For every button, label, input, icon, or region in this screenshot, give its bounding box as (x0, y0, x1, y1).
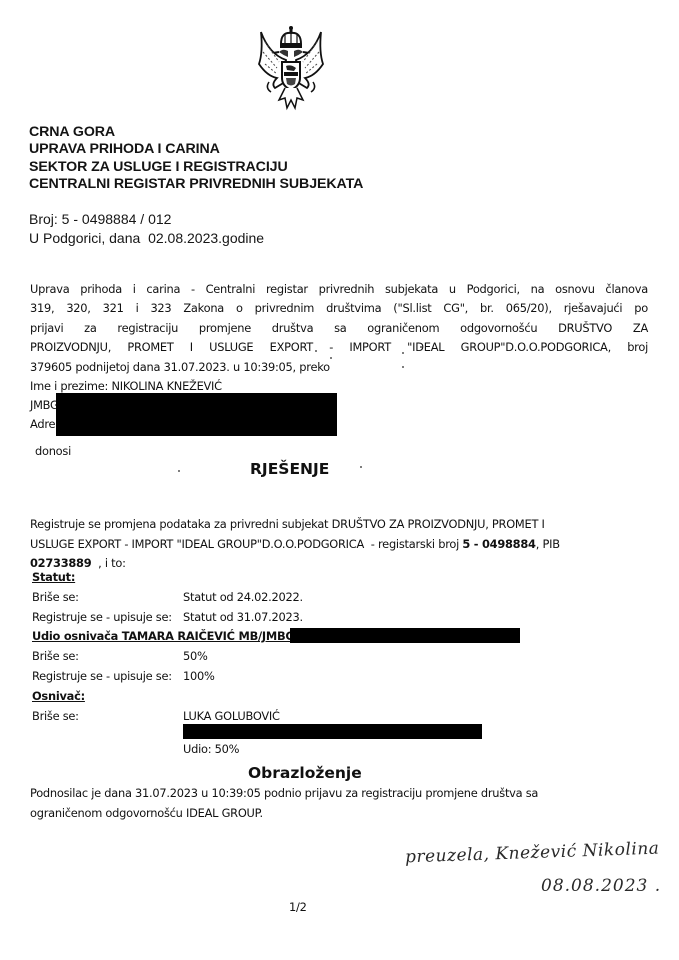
coat-of-arms-icon (255, 22, 327, 112)
registration-number: 5 - 0498884 (462, 537, 535, 551)
redaction-founder-details (183, 724, 482, 739)
scan-speck (330, 357, 332, 359)
scan-speck (315, 350, 317, 352)
explanation-title: Obrazloženje (248, 764, 362, 782)
explanation-line-1: Podnosilac je dana 31.07.2023 u 10:39:05… (30, 784, 650, 804)
intro-line: Uprava prihoda i carina - Centralni regi… (30, 280, 648, 299)
redaction-founder-id (290, 628, 520, 643)
redaction-applicant-details (56, 393, 337, 436)
scan-speck (360, 466, 362, 468)
registration-paragraph: Registruje se promjena podataka za privr… (30, 515, 655, 574)
document-number: Broj: 5 - 0498884 / 012 (29, 210, 264, 229)
donosi-text: donosi (35, 444, 71, 458)
scan-speck (178, 470, 180, 472)
header-line-sector: SEKTOR ZA USLUGE I REGISTRACIJU (29, 159, 363, 176)
osnivac-delete-row: Briše se:LUKA GOLUBOVIĆ (32, 709, 280, 723)
statut-delete-row: Briše se:Statut od 24.02.2022. (32, 590, 303, 604)
explanation-line-2: ograničenom odgovornošću IDEAL GROUP. (30, 804, 650, 824)
scan-speck (420, 346, 422, 348)
page-number: 1/2 (289, 900, 307, 914)
decision-title: RJEŠENJE (250, 460, 329, 478)
statut-register-row: Registruje se - upisuje se:Statut od 31.… (32, 610, 303, 624)
explanation-paragraph: Podnosilac je dana 31.07.2023 u 10:39:05… (30, 784, 650, 823)
intro-line: prijavi za registraciju promjene društva… (30, 319, 648, 338)
statut-heading: Statut: (32, 570, 75, 584)
udio-register-row: Registruje se - upisuje se:100% (32, 669, 215, 683)
udio-delete-row: Briše se:50% (32, 649, 208, 663)
pib-number: 02733889 (30, 556, 91, 570)
header-line-authority: UPRAVA PRIHODA I CARINA (29, 141, 363, 158)
registration-line-3: 02733889 , i to: (30, 554, 655, 574)
scan-speck (402, 366, 404, 368)
registration-line-2: USLUGE EXPORT - IMPORT "IDEAL GROUP"D.O.… (30, 535, 655, 555)
udio-heading: Udio osnivača TAMARA RAIČEVIĆ MB/JMBG/ (32, 629, 298, 643)
intro-line: PROIZVODNJU, PROMET I USLUGE EXPORT - IM… (30, 338, 648, 357)
handwritten-date: 08.08.2023 . (541, 876, 661, 896)
place-date: U Podgorici, dana 02.08.2023.godine (29, 229, 264, 248)
intro-line: 319, 320, 321 i 323 Zakona o privrednim … (30, 299, 648, 318)
registration-line-1: Registruje se promjena podataka za privr… (30, 515, 655, 535)
osnivac-heading: Osnivač: (32, 689, 85, 703)
institution-header: CRNA GORA UPRAVA PRIHODA I CARINA SEKTOR… (29, 124, 363, 193)
osnivac-share: Udio: 50% (183, 742, 239, 756)
scan-speck (402, 352, 404, 354)
document-meta: Broj: 5 - 0498884 / 012 U Podgorici, dan… (29, 210, 264, 248)
intro-line: 379605 podnijetoj dana 31.07.2023. u 10:… (30, 358, 648, 377)
header-line-registry: CENTRALNI REGISTAR PRIVREDNIH SUBJEKATA (29, 176, 363, 193)
handwritten-signature: preuzela, Knežević Nikolina (405, 839, 660, 868)
intro-paragraph: Uprava prihoda i carina - Centralni regi… (30, 280, 648, 377)
header-line-country: CRNA GORA (29, 124, 363, 141)
